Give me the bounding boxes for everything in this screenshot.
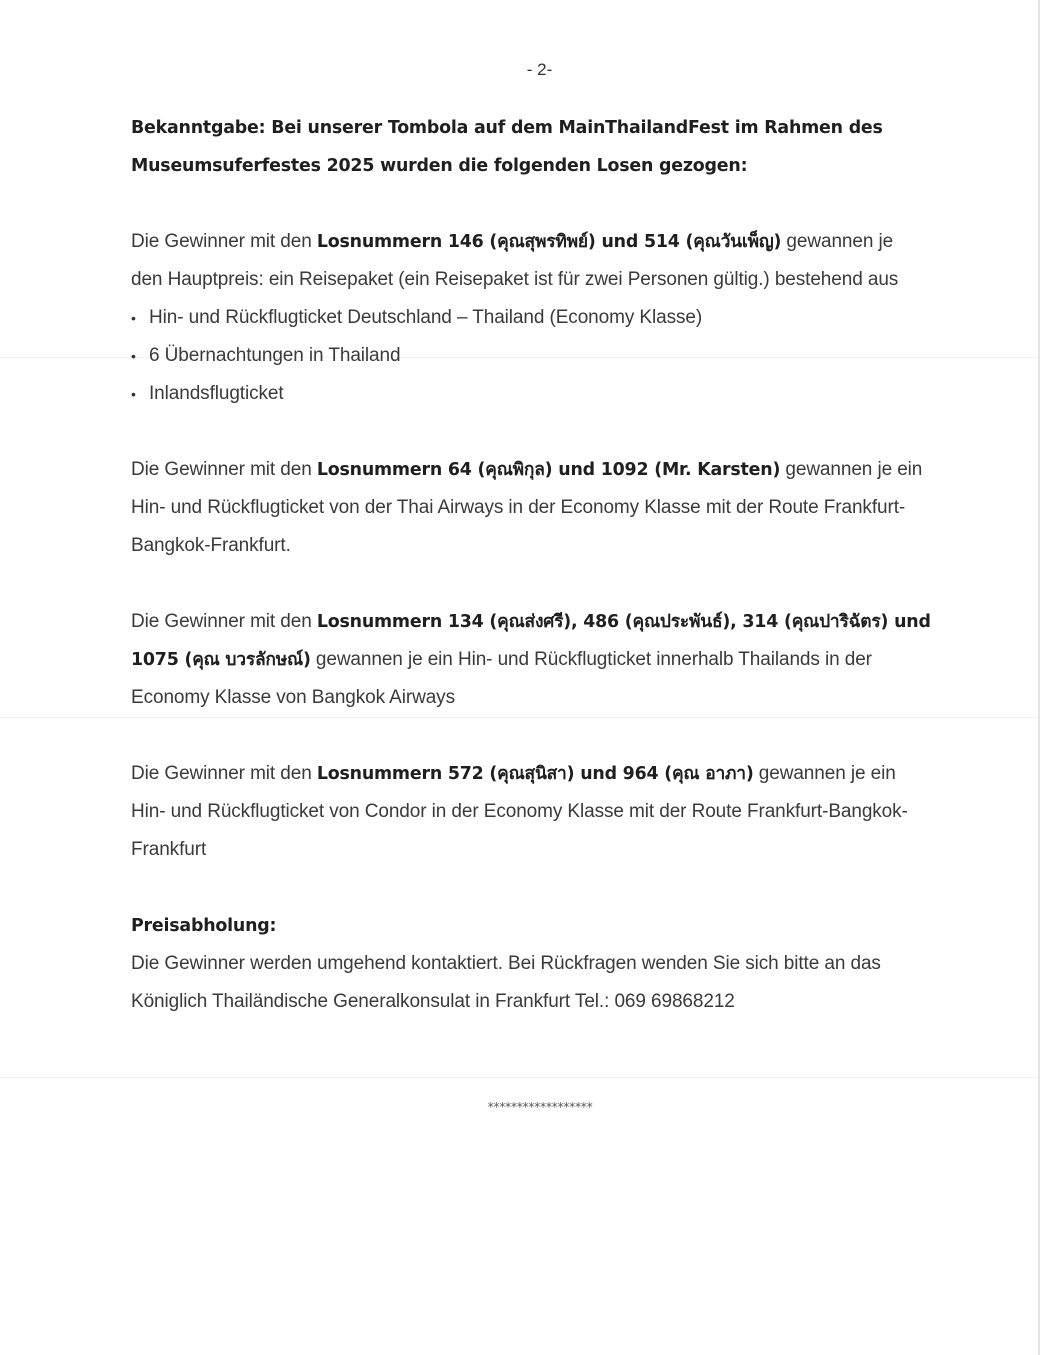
prize-line: 1075 (คุณ บวรลักษณ์) gewannen je ein Hin… [131, 641, 961, 679]
bullet-icon: • [131, 299, 136, 337]
announcement-heading: Bekanntgabe: Bei unserer Tombola auf dem… [131, 109, 961, 185]
prize-line: Economy Klasse von Bangkok Airways [131, 679, 961, 717]
winner-numbers: 1075 (คุณ บวรลักษณ์) [131, 650, 311, 670]
announcement-line: Museumsuferfestes 2025 wurden die folgen… [131, 147, 961, 185]
paragraph-spacer [131, 869, 961, 907]
list-item-text: Inlandsflugticket [149, 383, 284, 404]
list-item: •Inlandsflugticket [131, 375, 961, 413]
prize-line: Bangkok-Frankfurt. [131, 527, 961, 565]
list-item: •6 Übernachtungen in Thailand [131, 337, 961, 375]
prize-line: den Hauptpreis: ein Reisepaket (ein Reis… [131, 261, 961, 299]
paragraph-spacer [131, 565, 961, 603]
page-seam [0, 1077, 1061, 1078]
page-margin [1040, 0, 1061, 1355]
prize-items-list: •Hin- und Rückflugticket Deutschland – T… [131, 299, 961, 413]
prize-prefix: Die Gewinner mit den [131, 231, 317, 252]
bullet-icon: • [131, 375, 136, 413]
end-separator: ****************** [0, 1100, 1061, 1114]
prize-line: Die Gewinner mit den Losnummern 146 (คุณ… [131, 223, 961, 261]
page-number: - 2- [0, 60, 1061, 80]
paragraph-spacer [131, 185, 961, 223]
document-body: Bekanntgabe: Bei unserer Tombola auf dem… [131, 109, 961, 1021]
prize-paragraph-main: Die Gewinner mit den Losnummern 146 (คุณ… [131, 223, 961, 413]
prize-line: Die Gewinner mit den Losnummern 64 (คุณพ… [131, 451, 961, 489]
winner-numbers: Losnummern 64 (คุณพิกุล) und 1092 (Mr. K… [317, 460, 780, 480]
paragraph-spacer [131, 717, 961, 755]
prize-paragraph-condor: Die Gewinner mit den Losnummern 572 (คุณ… [131, 755, 961, 869]
prize-pickup-section: Preisabholung: Die Gewinner werden umgeh… [131, 907, 961, 1021]
prize-line: Hin- und Rückflugticket von Condor in de… [131, 793, 961, 831]
prize-line: Die Gewinner mit den Losnummern 572 (คุณ… [131, 755, 961, 793]
paragraph-spacer [131, 413, 961, 451]
prize-line: Die Gewinner mit den Losnummern 134 (คุณ… [131, 603, 961, 641]
pickup-line: Königlich Thailändische Generalkonsulat … [131, 983, 961, 1021]
prize-suffix: gewannen je [781, 231, 893, 252]
prize-line: Hin- und Rückflugticket von der Thai Air… [131, 489, 961, 527]
bullet-icon: • [131, 337, 136, 375]
list-item-text: 6 Übernachtungen in Thailand [149, 345, 400, 366]
winner-numbers: Losnummern 572 (คุณสุนิสา) und 964 (คุณ … [317, 764, 754, 784]
prize-prefix: Die Gewinner mit den [131, 459, 317, 480]
prize-paragraph-thai-airways: Die Gewinner mit den Losnummern 64 (คุณพ… [131, 451, 961, 565]
section-heading: Preisabholung: [131, 907, 961, 945]
prize-line: Frankfurt [131, 831, 961, 869]
prize-suffix: gewannen je ein Hin- und Rückflugticket … [311, 649, 872, 670]
list-item: •Hin- und Rückflugticket Deutschland – T… [131, 299, 961, 337]
list-item-text: Hin- und Rückflugticket Deutschland – Th… [149, 307, 702, 328]
document-page: - 2- Bekanntgabe: Bei unserer Tombola au… [0, 0, 1038, 1355]
winner-numbers: Losnummern 134 (คุณส่งศรี), 486 (คุณประพ… [317, 612, 931, 632]
announcement-line: Bekanntgabe: Bei unserer Tombola auf dem… [131, 109, 961, 147]
prize-prefix: Die Gewinner mit den [131, 611, 317, 632]
prize-paragraph-bangkok-airways: Die Gewinner mit den Losnummern 134 (คุณ… [131, 603, 961, 717]
prize-suffix: gewannen je ein [780, 459, 922, 480]
pickup-line: Die Gewinner werden umgehend kontaktiert… [131, 945, 961, 983]
prize-suffix: gewannen je ein [754, 763, 896, 784]
prize-prefix: Die Gewinner mit den [131, 763, 317, 784]
winner-numbers: Losnummern 146 (คุณสุพรทิพย์) und 514 (ค… [317, 232, 781, 252]
